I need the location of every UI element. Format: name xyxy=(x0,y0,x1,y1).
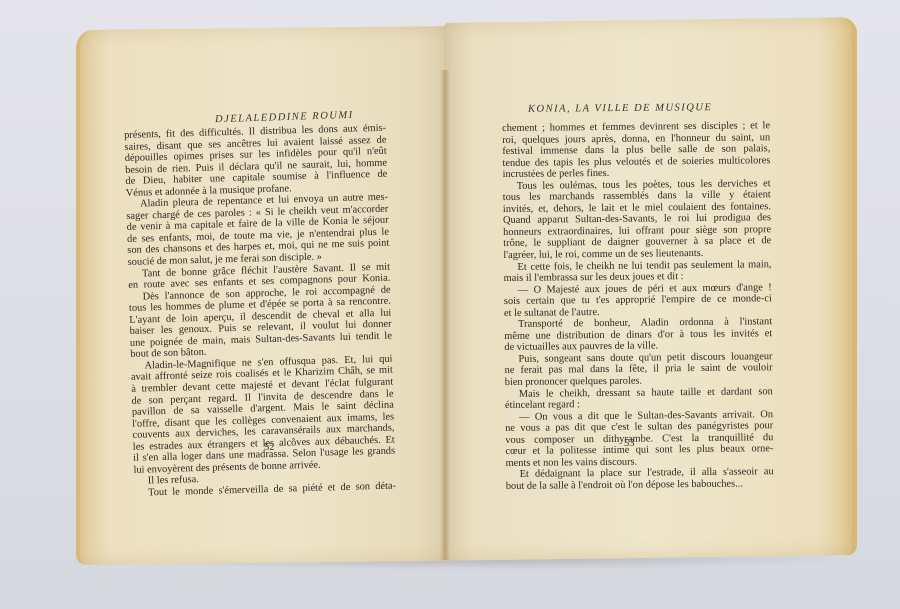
right-running-head: KONIA, LA VILLE DE MUSIQUE xyxy=(528,102,712,115)
left-page-number: 52 xyxy=(264,442,275,453)
right-page-number: 53 xyxy=(624,438,635,449)
right-page-text: chement ; hommes et femmes devinrent ses… xyxy=(502,120,774,492)
book-gutter xyxy=(440,70,450,560)
open-book-photo: DJELALEDDINE ROUMI KONIA, LA VILLE DE MU… xyxy=(0,0,900,609)
left-page-text: présents, fit des difficultés. Il distri… xyxy=(124,123,396,500)
